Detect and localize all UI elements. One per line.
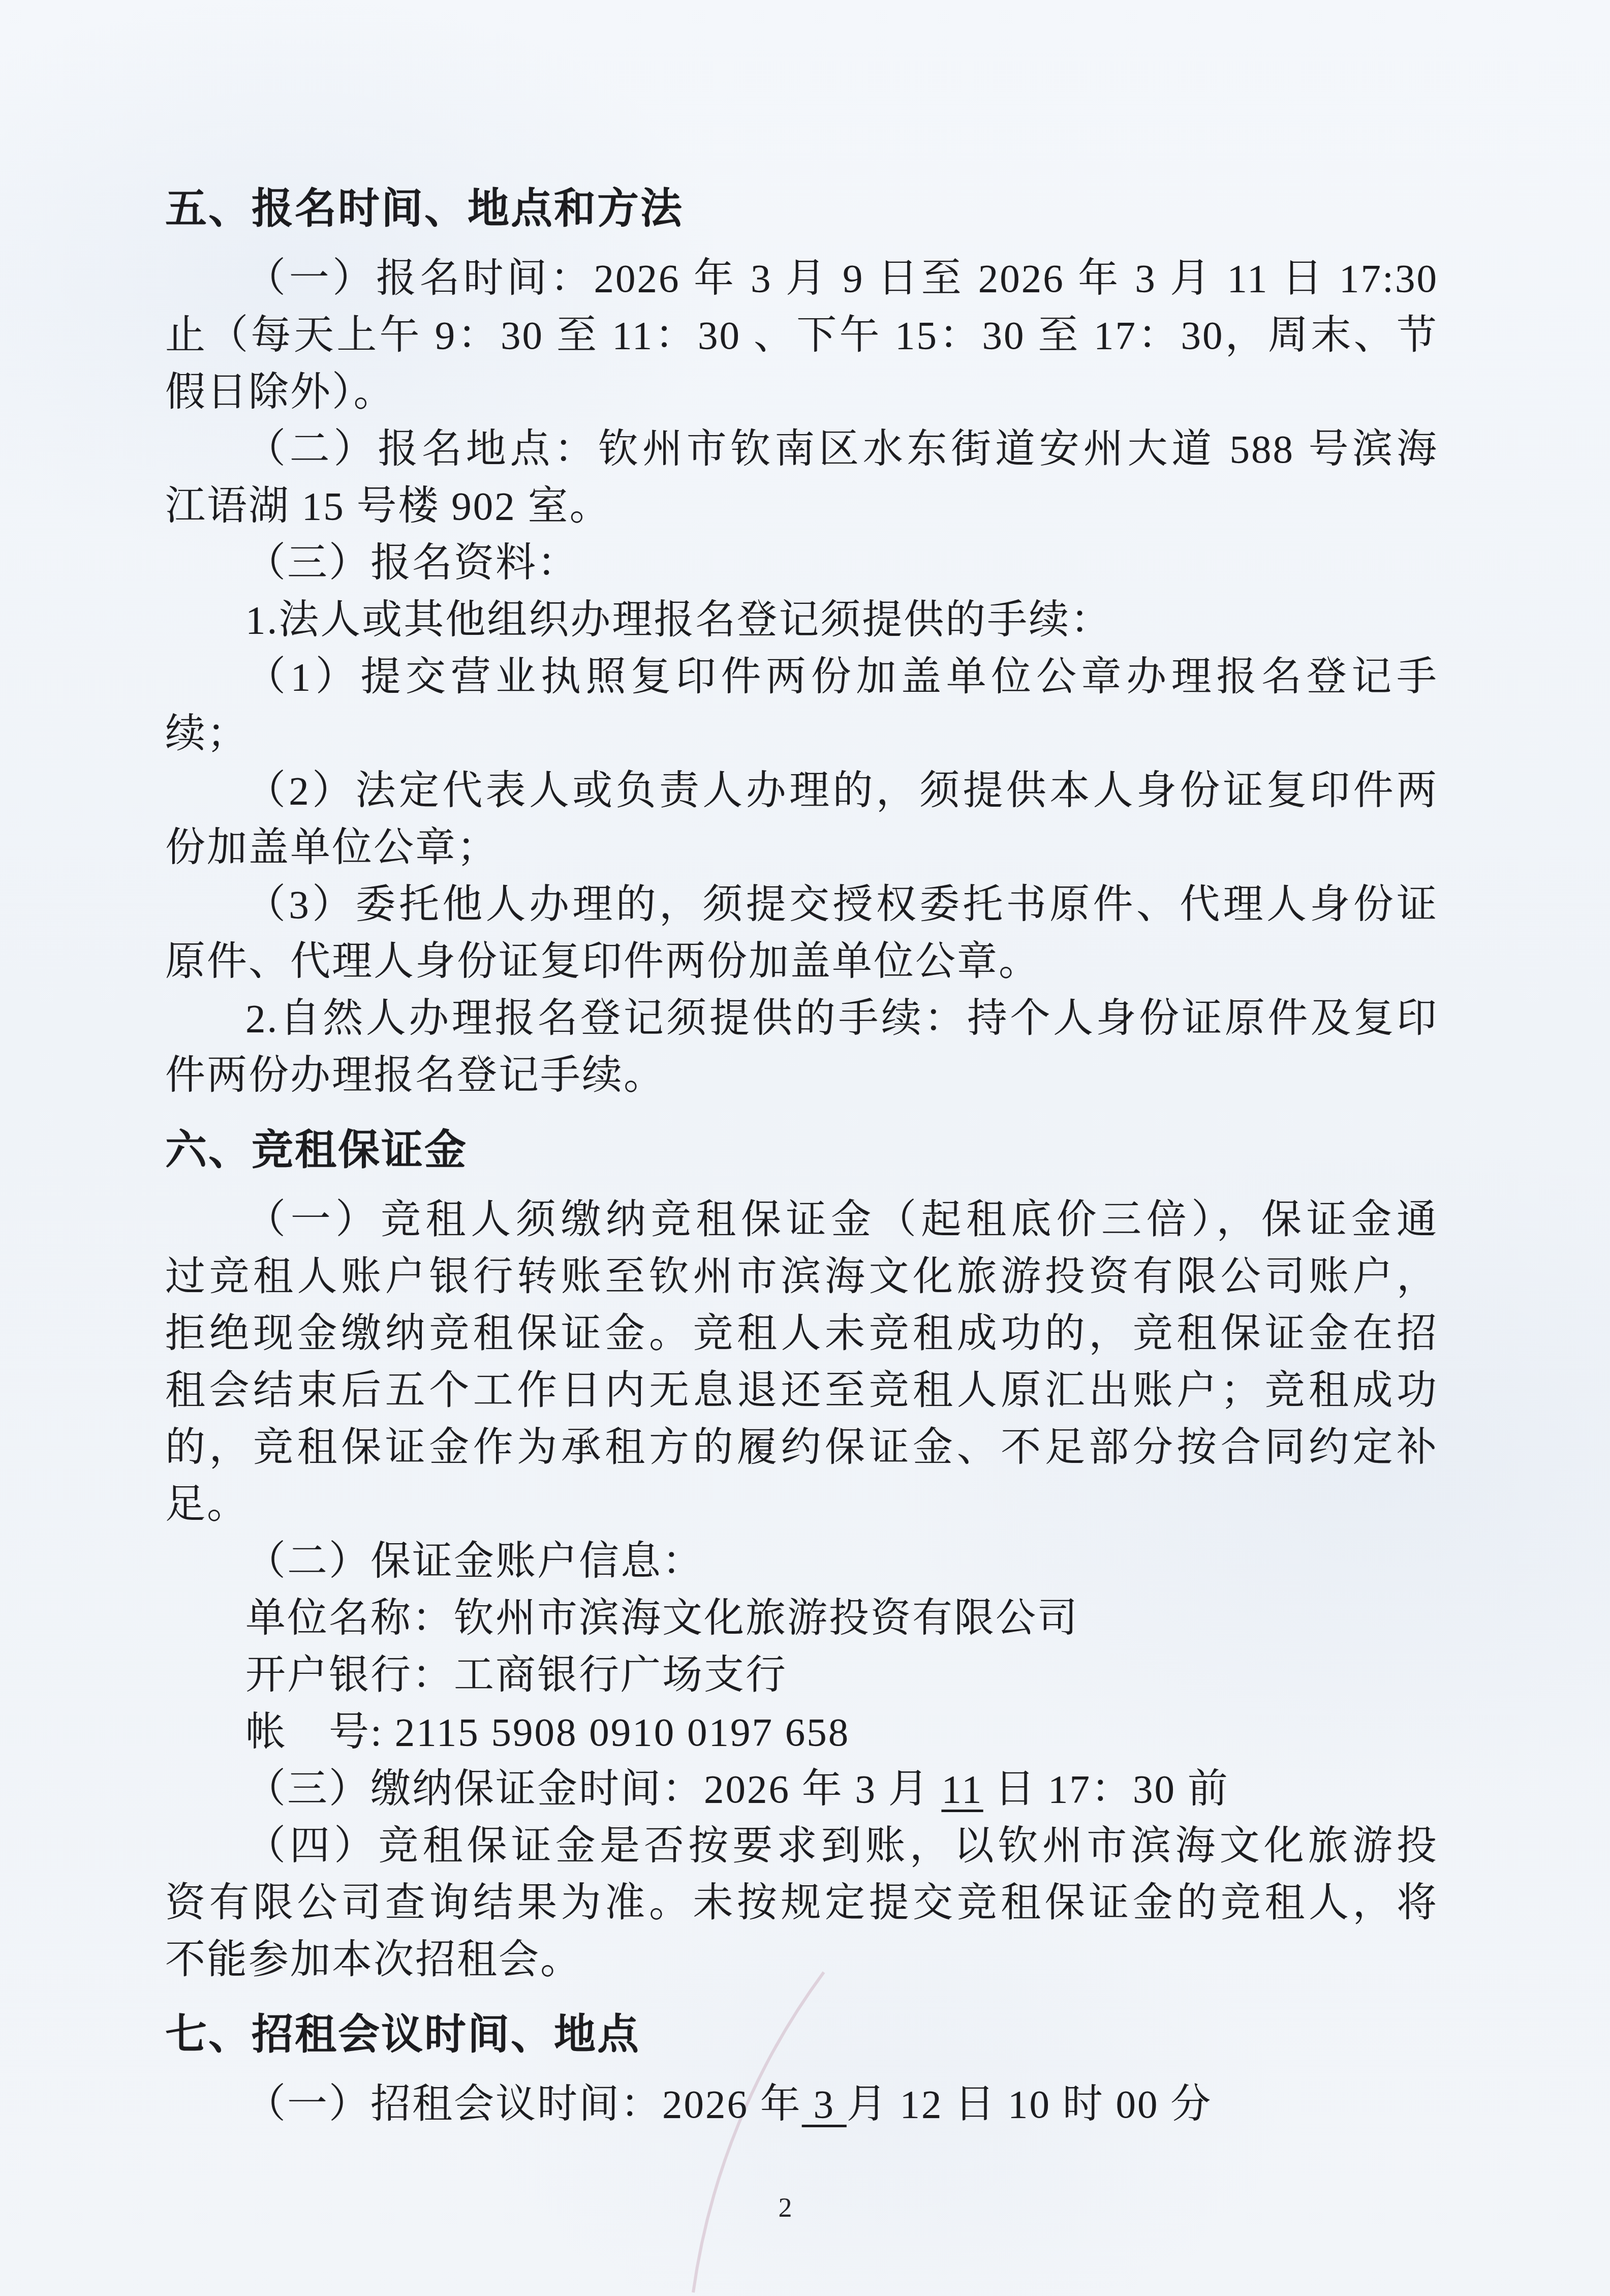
section-heading-5: 五、报名时间、地点和方法 xyxy=(165,180,1438,237)
deposit-account-number: 帐 号: 2115 5908 0910 0197 658 xyxy=(165,1704,1438,1761)
text-line: 不能参加本次招租会。 xyxy=(165,1932,1438,1989)
text-line: 件两份办理报名登记手续。 xyxy=(165,1048,1438,1105)
text-segment: 日 17：30 前 xyxy=(983,1767,1229,1812)
section-heading-6: 六、竞租保证金 xyxy=(165,1122,1438,1179)
text-segment: 月 12 日 10 时 00 分 xyxy=(847,2083,1213,2127)
text-line: 江语湖 15 号楼 902 室。 xyxy=(165,478,1438,535)
text-line: 止（每天上午 9：30 至 11：30 、下午 15：30 至 17：30，周末… xyxy=(165,308,1438,364)
text-line: 足。 xyxy=(165,1477,1438,1534)
text-line: 的，竞租保证金作为承租方的履约保证金、不足部分按合同约定补 xyxy=(165,1420,1438,1477)
text-line: 1.法人或其他组织办理报名登记须提供的手续： xyxy=(165,592,1438,649)
meeting-time-line: （一）招租会议时间：2026 年 3 月 12 日 10 时 00 分 xyxy=(165,2076,1438,2133)
deposit-deadline-line: （三）缴纳保证金时间：2026 年 3 月 11 日 17：30 前 xyxy=(165,1761,1438,1818)
text-segment: （三）缴纳保证金时间：2026 年 3 月 xyxy=(245,1767,942,1812)
text-line: 资有限公司查询结果为准。未按规定提交竞租保证金的竞租人，将 xyxy=(165,1875,1438,1932)
text-line: 租会结束后五个工作日内无息退还至竞租人原汇出账户；竞租成功 xyxy=(165,1363,1438,1420)
text-line: （2）法定代表人或负责人办理的，须提供本人身份证复印件两 xyxy=(165,763,1438,820)
section-heading-7: 七、招租会议时间、地点 xyxy=(165,2006,1438,2063)
text-line: （四）竞租保证金是否按要求到账，以钦州市滨海文化旅游投 xyxy=(165,1818,1438,1875)
underlined-date-value: 11 xyxy=(942,1767,983,1812)
text-line: 份加盖单位公章； xyxy=(165,820,1438,877)
text-line: （3）委托他人办理的，须提交授权委托书原件、代理人身份证 xyxy=(165,877,1438,934)
text-line: （二）报名地点：钦州市钦南区水东街道安州大道 588 号滨海 xyxy=(165,421,1438,478)
deposit-account-name: 单位名称：钦州市滨海文化旅游投资有限公司 xyxy=(165,1590,1438,1647)
text-line: 假日除外）。 xyxy=(165,364,1438,421)
notice-body: 五、报名时间、地点和方法 （一）报名时间：2026 年 3 月 9 日至 202… xyxy=(165,180,1438,2133)
text-segment: （一）招租会议时间：2026 年 xyxy=(245,2083,802,2127)
text-line: （一）竞租人须缴纳竞租保证金（起租底价三倍），保证金通 xyxy=(165,1192,1438,1249)
deposit-bank-name: 开户银行：工商银行广场支行 xyxy=(165,1647,1438,1704)
text-line: （1）提交营业执照复印件两份加盖单位公章办理报名登记手 xyxy=(165,649,1438,706)
text-line: 2.自然人办理报名登记须提供的手续：持个人身份证原件及复印 xyxy=(165,991,1438,1048)
text-line: 原件、代理人身份证复印件两份加盖单位公章。 xyxy=(165,934,1438,991)
page-number: 2 xyxy=(0,2192,1570,2223)
text-line: 续； xyxy=(165,706,1438,763)
text-line: （三）报名资料： xyxy=(165,535,1438,592)
underlined-date-value: 3 xyxy=(802,2083,847,2127)
text-line: 拒绝现金缴纳竞租保证金。竞租人未竞租成功的，竞租保证金在招 xyxy=(165,1306,1438,1363)
text-line: （一）报名时间：2026 年 3 月 9 日至 2026 年 3 月 11 日 … xyxy=(165,251,1438,308)
document-page: 五、报名时间、地点和方法 （一）报名时间：2026 年 3 月 9 日至 202… xyxy=(0,0,1610,2296)
text-line: 过竞租人账户银行转账至钦州市滨海文化旅游投资有限公司账户， xyxy=(165,1249,1438,1306)
text-line: （二）保证金账户信息： xyxy=(165,1534,1438,1590)
